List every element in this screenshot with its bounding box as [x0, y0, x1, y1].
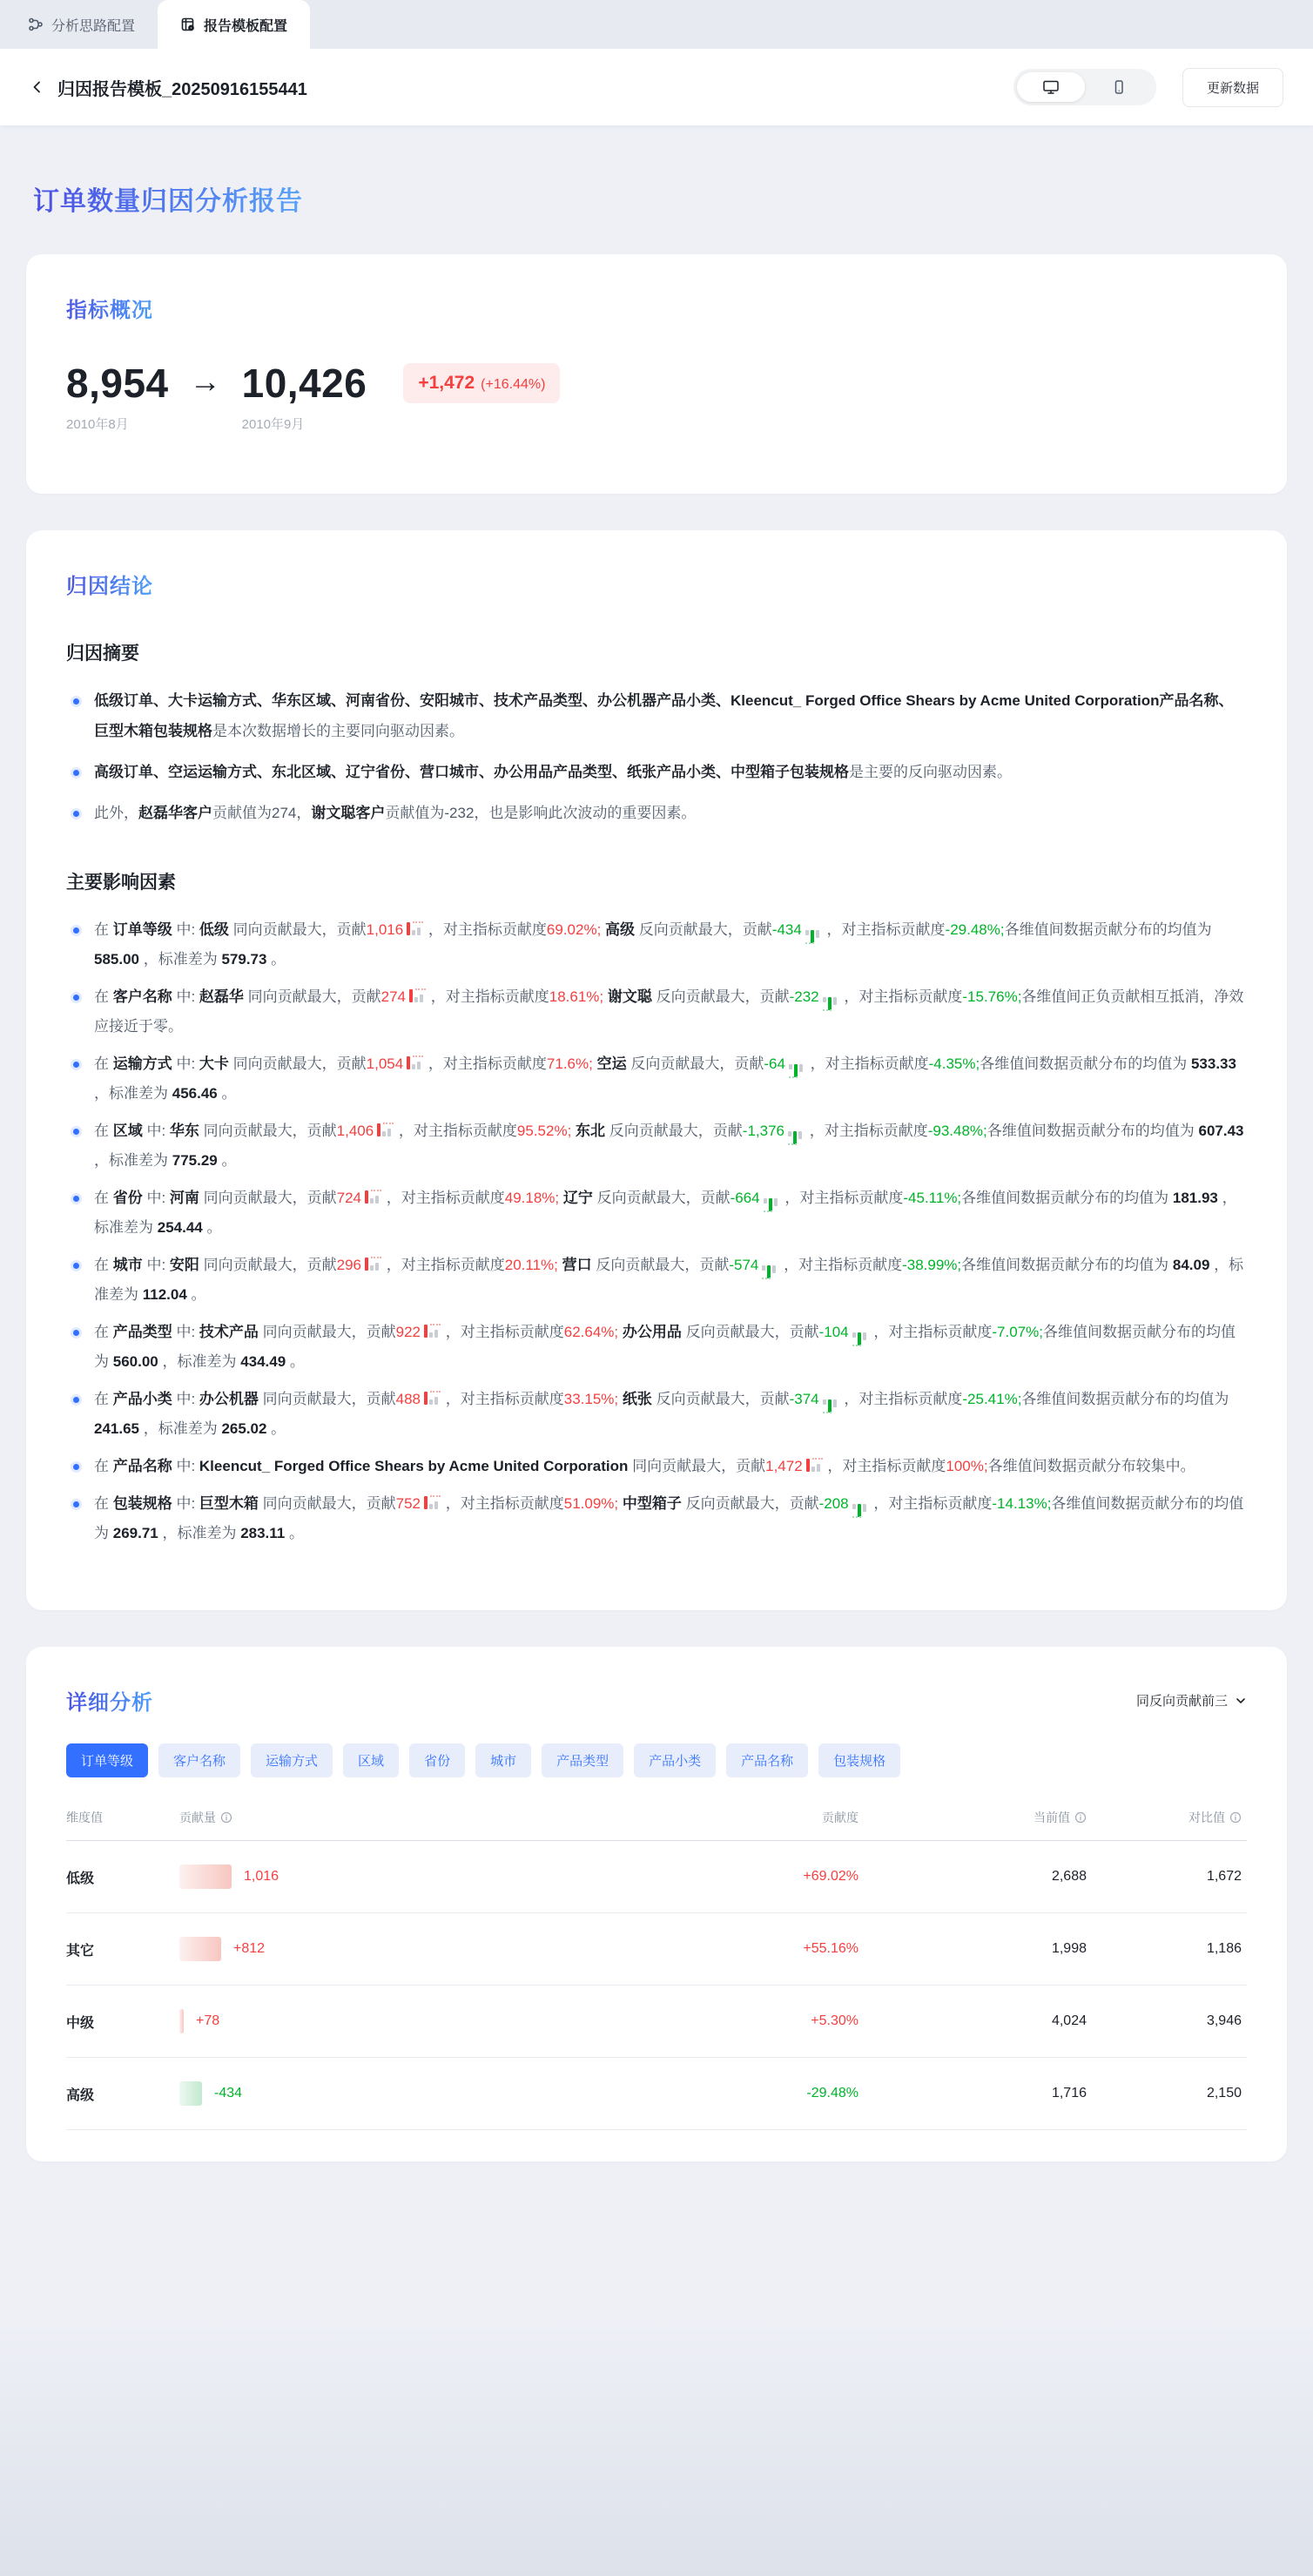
current-value: 4,024: [858, 2013, 1087, 2029]
update-data-button[interactable]: 更新数据: [1182, 68, 1283, 107]
mini-bar-down-icon: [823, 1399, 837, 1413]
contribution-rate: +5.30%: [493, 2013, 858, 2029]
conclusion-heading: 归因结论: [66, 569, 153, 599]
mini-bar-up-icon: [424, 1325, 438, 1338]
contribution-value: +812: [233, 1941, 265, 1957]
contribution-cell: +812: [179, 1937, 493, 1961]
contribution-rate: +55.16%: [493, 1941, 858, 1957]
bullet-item: 在 客户名称 中: 赵磊华 同向贡献最大，贡献274 ，对主指标贡献度18.61…: [94, 982, 1247, 1042]
metric-row: 8,954 2010年8月 → 10,426 2010年9月 +1,472 (+…: [66, 360, 1247, 445]
bullet-item: 在 产品名称 中: Kleencut_ Forged Office Shears…: [94, 1452, 1247, 1481]
device-toggle: [1013, 69, 1156, 105]
contribution-value: +78: [196, 2013, 219, 2029]
delta-percent: (+16.44%): [481, 377, 545, 393]
bullet-item: 高级订单、空运运输方式、东北区域、辽宁省份、营口城市、办公用品产品类型、纸张产品…: [94, 758, 1247, 788]
dimension-value: 中级: [66, 2012, 179, 2032]
report-title: 订单数量归因分析报告: [33, 179, 303, 218]
dimension-chip-6[interactable]: 城市: [475, 1743, 531, 1777]
top3-filter-dropdown[interactable]: 同反向贡献前三: [1136, 1691, 1247, 1709]
tab-analysis-config[interactable]: 分析思路配置: [5, 0, 158, 49]
contribution-bar: [179, 2081, 202, 2106]
mini-bar-up-icon: [409, 989, 423, 1002]
document-header: 归因报告模板_20250916155441 更新数据: [0, 49, 1313, 125]
col-current-value: 当前值: [858, 1809, 1087, 1826]
info-icon: [1074, 1811, 1087, 1824]
metric-before-value: 8,954: [66, 360, 169, 407]
mini-bar-down-icon: [764, 1198, 778, 1211]
bullet-item: 低级订单、大卡运输方式、华东区域、河南省份、安阳城市、技术产品类型、办公机器产品…: [94, 686, 1247, 747]
compare-value: 1,186: [1087, 1941, 1242, 1957]
mini-bar-down-icon: [805, 930, 819, 943]
monitor-icon: [1042, 79, 1060, 95]
bullet-item: 在 包装规格 中: 巨型木箱 同向贡献最大，贡献752 ，对主指标贡献度51.0…: [94, 1489, 1247, 1548]
info-icon: [1229, 1811, 1242, 1824]
factors-heading: 主要影响因素: [66, 868, 1247, 894]
contribution-bar: [179, 1865, 232, 1889]
report-body: 订单数量归因分析报告 指标概况 8,954 2010年8月 → 10,426 2…: [0, 179, 1313, 2161]
dimension-chip-4[interactable]: 区域: [343, 1743, 399, 1777]
compare-value: 1,672: [1087, 1869, 1242, 1885]
col-contribution-amount: 贡献量: [179, 1809, 493, 1826]
back-button[interactable]: [30, 79, 45, 95]
metric-overview-card: 指标概况 8,954 2010年8月 → 10,426 2010年9月 +1,4…: [26, 254, 1287, 494]
dimension-chip-1[interactable]: 订单等级: [66, 1743, 148, 1777]
mini-bar-down-icon: [852, 1332, 866, 1345]
col-contribution-rate: 贡献度: [493, 1809, 858, 1826]
table-row: 其它+812+55.16%1,9981,186: [66, 1913, 1247, 1986]
template-title: 归因报告模板_20250916155441: [57, 75, 307, 100]
bullet-item: 在 区域 中: 华东 同向贡献最大，贡献1,406 ，对主指标贡献度95.52%…: [94, 1116, 1247, 1176]
detail-table: 维度值 贡献量 贡献度 当前值 对比值 低级1,016+69.02%2,6881…: [66, 1804, 1247, 2130]
delta-value: +1,472: [418, 373, 475, 394]
contribution-bar: [179, 1937, 221, 1961]
mini-bar-up-icon: [365, 1258, 379, 1271]
bullet-item: 在 产品类型 中: 技术产品 同向贡献最大，贡献922 ，对主指标贡献度62.6…: [94, 1318, 1247, 1377]
metric-after-value: 10,426: [242, 360, 367, 407]
top-tab-bar: 分析思路配置 报告模板配置: [0, 0, 1313, 49]
dimension-chip-3[interactable]: 运输方式: [251, 1743, 333, 1777]
table-body: 低级1,016+69.02%2,6881,672其它+812+55.16%1,9…: [66, 1841, 1247, 2130]
mini-bar-up-icon: [377, 1123, 391, 1136]
workflow-icon: [28, 17, 44, 32]
dimension-value: 低级: [66, 1867, 179, 1887]
phone-icon: [1111, 79, 1127, 95]
metric-after: 10,426 2010年9月: [242, 360, 367, 433]
factor-bullet-list: 在 订单等级 中: 低级 同向贡献最大，贡献1,016 ，对主指标贡献度69.0…: [66, 915, 1247, 1548]
mini-bar-up-icon: [806, 1459, 820, 1472]
col-compare-value: 对比值: [1087, 1809, 1242, 1826]
table-row: 低级1,016+69.02%2,6881,672: [66, 1841, 1247, 1913]
summary-heading: 归因摘要: [66, 639, 1247, 665]
mini-bar-down-icon: [823, 997, 837, 1010]
delta-badge: +1,472 (+16.44%): [403, 363, 560, 403]
summary-bullet-list: 低级订单、大卡运输方式、华东区域、河南省份、安阳城市、技术产品类型、办公机器产品…: [66, 686, 1247, 828]
bullet-item: 在 订单等级 中: 低级 同向贡献最大，贡献1,016 ，对主指标贡献度69.0…: [94, 915, 1247, 974]
bullet-item: 在 运输方式 中: 大卡 同向贡献最大，贡献1,054 ，对主指标贡献度71.6…: [94, 1049, 1247, 1109]
detail-heading: 详细分析: [66, 1685, 153, 1716]
tab-label: 分析思路配置: [51, 15, 135, 35]
metric-after-date: 2010年9月: [242, 415, 367, 433]
dimension-value: 其它: [66, 1939, 179, 1959]
current-value: 1,716: [858, 2086, 1087, 2101]
dropdown-label: 同反向贡献前三: [1136, 1691, 1228, 1709]
table-header-row: 维度值 贡献量 贡献度 当前值 对比值: [66, 1804, 1247, 1841]
contribution-rate: -29.48%: [493, 2086, 858, 2101]
col-dimension-value: 维度值: [66, 1809, 179, 1826]
contribution-cell: +78: [179, 2009, 493, 2033]
table-row: 中级+78+5.30%4,0243,946: [66, 1986, 1247, 2058]
table-row: 高级-434-29.48%1,7162,150: [66, 2058, 1247, 2130]
compare-value: 3,946: [1087, 2013, 1242, 2029]
metric-before-date: 2010年8月: [66, 415, 169, 433]
bullet-item: 在 城市 中: 安阳 同向贡献最大，贡献296 ，对主指标贡献度20.11%; …: [94, 1251, 1247, 1310]
dimension-chip-2[interactable]: 客户名称: [158, 1743, 240, 1777]
contribution-cell: -434: [179, 2081, 493, 2106]
mobile-view-button[interactable]: [1085, 72, 1153, 102]
current-value: 2,688: [858, 1869, 1087, 1885]
mini-bar-up-icon: [365, 1190, 379, 1204]
dimension-chip-9[interactable]: 产品名称: [726, 1743, 808, 1777]
arrow-right-icon: →: [190, 363, 221, 400]
mini-bar-down-icon: [852, 1504, 866, 1517]
mini-bar-down-icon: [788, 1131, 802, 1144]
contribution-value: 1,016: [244, 1869, 279, 1885]
chevron-down-icon: [1235, 1695, 1247, 1707]
conclusion-card: 归因结论 归因摘要 低级订单、大卡运输方式、华东区域、河南省份、安阳城市、技术产…: [26, 530, 1287, 1610]
bullet-item: 在 省份 中: 河南 同向贡献最大，贡献724 ，对主指标贡献度49.18%; …: [94, 1183, 1247, 1243]
back-chevron-icon: [30, 79, 45, 95]
bullet-item: 此外，赵磊华客户贡献值为274，谢文聪客户贡献值为-232，也是影响此次波动的重…: [94, 799, 1247, 829]
info-icon: [220, 1811, 232, 1824]
tab-label: 报告模板配置: [204, 15, 287, 35]
metric-before: 8,954 2010年8月: [66, 360, 169, 433]
dimension-chip-8[interactable]: 产品小类: [634, 1743, 716, 1777]
report-settings-icon: [180, 17, 196, 32]
compare-value: 2,150: [1087, 2086, 1242, 2101]
mini-bar-down-icon: [762, 1265, 776, 1278]
mini-bar-up-icon: [407, 922, 421, 935]
overview-heading: 指标概况: [66, 293, 153, 323]
contribution-bar: [179, 2009, 184, 2033]
tab-report-template[interactable]: 报告模板配置: [158, 0, 310, 49]
mini-bar-up-icon: [424, 1392, 438, 1405]
dimension-chip-10[interactable]: 包装规格: [818, 1743, 900, 1777]
dimension-chip-list: 订单等级客户名称运输方式区域省份城市产品类型产品小类产品名称包装规格: [66, 1743, 1247, 1777]
desktop-view-button[interactable]: [1017, 72, 1085, 102]
mini-bar-up-icon: [407, 1056, 421, 1069]
mini-bar-up-icon: [424, 1496, 438, 1509]
mini-bar-down-icon: [789, 1064, 803, 1077]
detail-analysis-card: 详细分析 同反向贡献前三 订单等级客户名称运输方式区域省份城市产品类型产品小类产…: [26, 1647, 1287, 2161]
dimension-value: 高级: [66, 2084, 179, 2104]
dimension-chip-7[interactable]: 产品类型: [542, 1743, 623, 1777]
contribution-value: -434: [214, 2086, 242, 2101]
contribution-cell: 1,016: [179, 1865, 493, 1889]
dimension-chip-5[interactable]: 省份: [409, 1743, 465, 1777]
current-value: 1,998: [858, 1941, 1087, 1957]
bullet-item: 在 产品小类 中: 办公机器 同向贡献最大，贡献488 ，对主指标贡献度33.1…: [94, 1385, 1247, 1444]
contribution-rate: +69.02%: [493, 1869, 858, 1885]
